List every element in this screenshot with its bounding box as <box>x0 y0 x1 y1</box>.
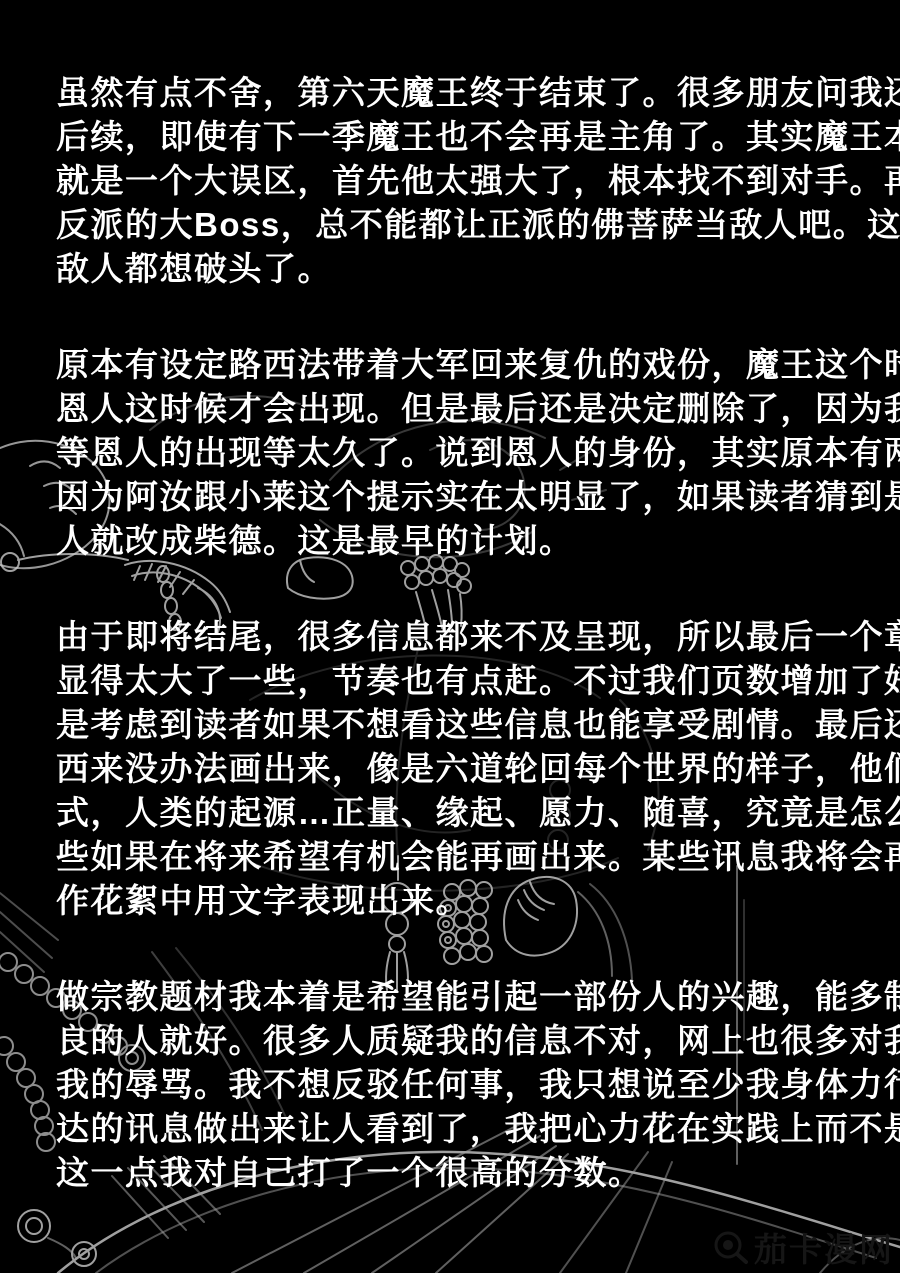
text-line: 由于即将结尾，很多信息都来不及呈现，所以最后一个章节信息量 <box>56 615 852 659</box>
text-line: 就是一个大误区，首先他太强大了，根本找不到对手。再来他又是 <box>56 159 852 203</box>
paragraph-4: 做宗教题材我本着是希望能引起一部份人的兴趣，能多制造一个善良的人就好。很多人质疑… <box>56 975 852 1195</box>
text-line: 达的讯息做出来让人看到了，我把心力花在实践上而不是去争吵。 <box>56 1107 852 1151</box>
text-line: 虽然有点不舍，第六天魔王终于结束了。很多朋友问我还会不会有 <box>56 71 852 115</box>
text-line: 因为阿汝跟小莱这个提示实在太明显了，如果读者猜到是小莱，恩 <box>56 475 852 519</box>
text-line: 人就改成柴德。这是最早的计划。 <box>56 519 852 563</box>
paragraph-3: 由于即将结尾，很多信息都来不及呈现，所以最后一个章节信息量显得太大了一些，节奏也… <box>56 615 852 923</box>
text-line: 敌人都想破头了。 <box>56 247 852 291</box>
text-line: 式，人类的起源…正量、缘起、愿力、随喜，究竟是怎么回事…这 <box>56 791 852 835</box>
paragraph-1: 虽然有点不舍，第六天魔王终于结束了。很多朋友问我还会不会有后续，即使有下一季魔王… <box>56 71 852 291</box>
text-line: 反派的大Boss，总不能都让正派的佛菩萨当敌人吧。这一季光是找 <box>56 203 852 247</box>
text-line: 恩人这时候才会出现。但是最后还是决定删除了，因为我觉得读者 <box>56 387 852 431</box>
text-line: 作花絮中用文字表现出来。 <box>56 879 852 923</box>
magnifier-icon <box>712 1229 750 1267</box>
text-line: 这一点我对自己打了一个很高的分数。 <box>56 1151 852 1195</box>
text-line: 原本有设定路西法带着大军回来复仇的戏份，魔王这个时候才会死 <box>56 343 852 387</box>
paragraph-2: 原本有设定路西法带着大军回来复仇的戏份，魔王这个时候才会死恩人这时候才会出现。但… <box>56 343 852 563</box>
text-line: 后续，即使有下一季魔王也不会再是主角了。其实魔王本身的设定 <box>56 115 852 159</box>
watermark-text: 茄卡漫网 <box>754 1224 894 1271</box>
text-line: 我的辱骂。我不想反驳任何事，我只想说至少我身体力行把我要传 <box>56 1063 852 1107</box>
afterword-text: 虽然有点不舍，第六天魔王终于结束了。很多朋友问我还会不会有后续，即使有下一季魔王… <box>56 71 852 1247</box>
text-line: 些如果在将来希望有机会能再画出来。某些讯息我将会再下一篇制 <box>56 835 852 879</box>
text-line: 显得太大了一些，节奏也有点赶。不过我们页数增加了好几倍，也 <box>56 659 852 703</box>
text-line: 良的人就好。很多人质疑我的信息不对，网上也很多对我的误解对 <box>56 1019 852 1063</box>
text-line: 西来没办法画出来，像是六道轮回每个世界的样子，他们的生活模 <box>56 747 852 791</box>
text-line: 等恩人的出现等太久了。说到恩人的身份，其实原本有两个方案。 <box>56 431 852 475</box>
watermark: 茄卡漫网 <box>712 1224 894 1271</box>
text-line: 是考虑到读者如果不想看这些信息也能享受剧情。最后还有很多东 <box>56 703 852 747</box>
text-line: 做宗教题材我本着是希望能引起一部份人的兴趣，能多制造一个善 <box>56 975 852 1019</box>
comic-afterword-page: 虽然有点不舍，第六天魔王终于结束了。很多朋友问我还会不会有后续，即使有下一季魔王… <box>0 0 900 1273</box>
